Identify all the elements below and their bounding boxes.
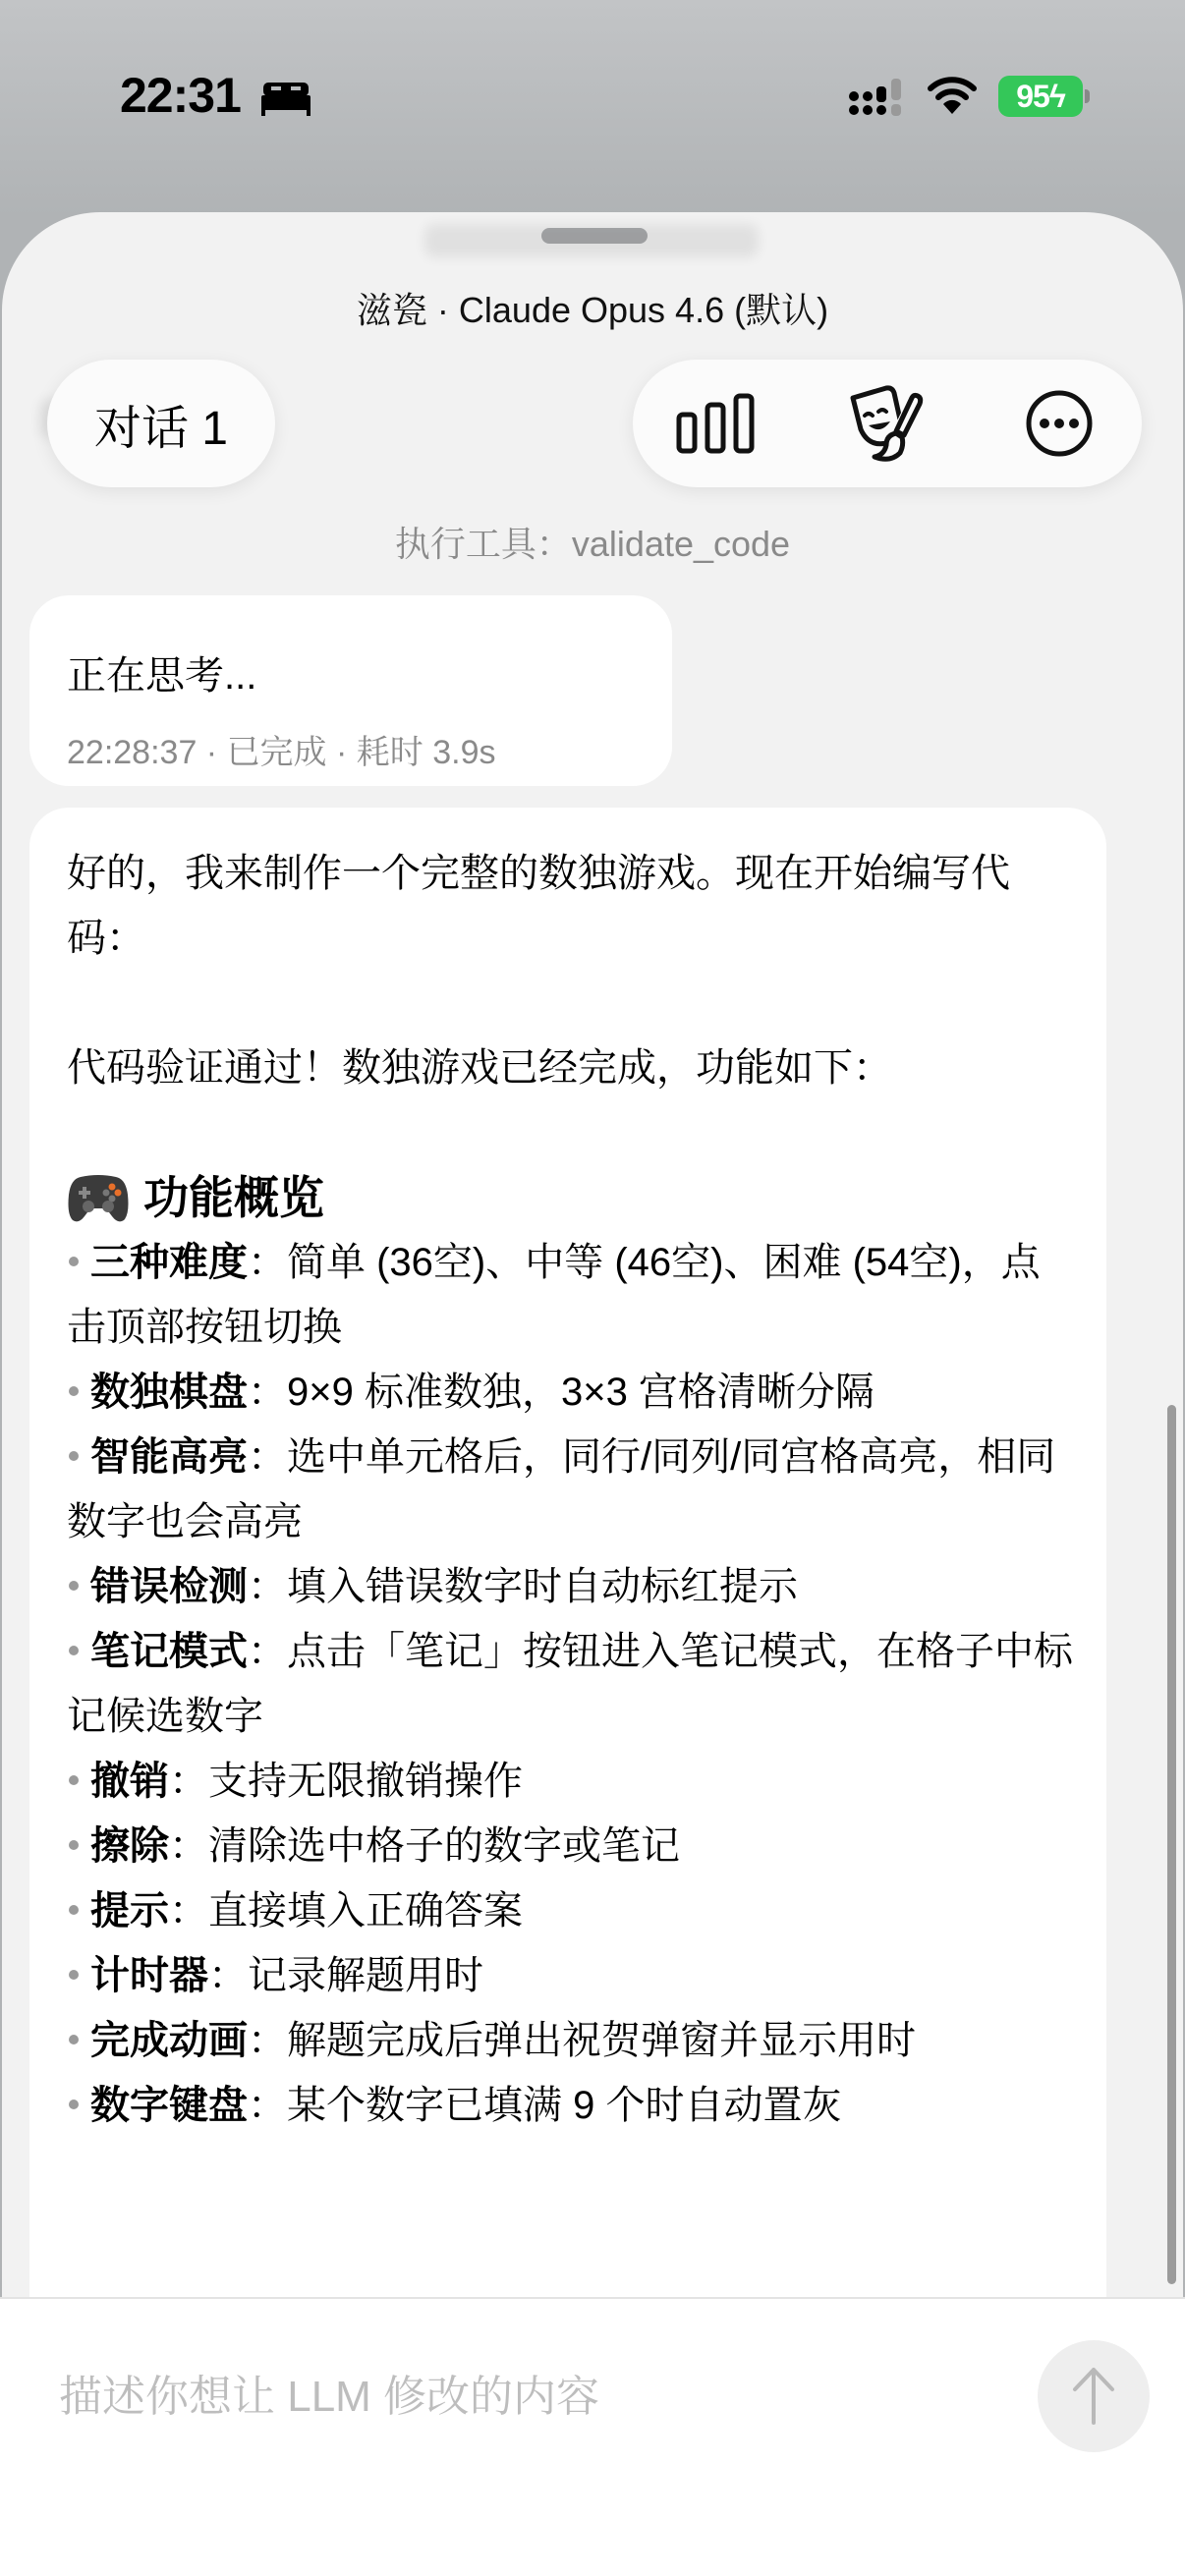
tool-execution-status: 执行工具：validate_code xyxy=(2,517,1183,567)
feature-item: 擦除：清除选中格子的数字或笔记 xyxy=(67,1814,1079,1878)
feature-desc: ：直接填入正确答案 xyxy=(169,1889,523,1932)
feature-desc: ：清除选中格子的数字或笔记 xyxy=(169,1824,680,1868)
stats-button[interactable] xyxy=(676,384,755,463)
model-title[interactable]: 滋瓷 · Claude Opus 4.6 (默认) xyxy=(2,283,1183,333)
feature-item: 错误检测：填入错误数字时自动标红提示 xyxy=(67,1554,1079,1619)
battery-indicator: 95ϟ xyxy=(998,76,1083,117)
feature-label: 错误检测 xyxy=(90,1565,248,1608)
feature-item: 三种难度：简单 (36空)、中等 (46空)、困难 (54空)，点击顶部按钮切换 xyxy=(67,1230,1079,1360)
feature-desc: ：支持无限撤销操作 xyxy=(169,1760,523,1803)
feature-desc: ：填入错误数字时自动标红提示 xyxy=(248,1565,798,1608)
message-meta: 22:28:37 · 已完成 · 耗时 3.9s xyxy=(67,725,496,773)
section-heading: 功能概览 xyxy=(67,1165,1079,1230)
thinking-message[interactable]: 正在思考... 22:28:37 · 已完成 · 耗时 3.9s xyxy=(29,595,672,786)
intro-paragraph: 好的，我来制作一个完整的数独游戏。现在开始编写代码： xyxy=(67,841,1010,971)
feature-label: 笔记模式 xyxy=(90,1630,248,1673)
feature-label: 计时器 xyxy=(90,1954,208,1997)
feature-label: 数字键盘 xyxy=(90,2084,248,2127)
status-time: 22:31 xyxy=(120,67,241,124)
battery-percent: 95 xyxy=(1016,79,1049,114)
composer xyxy=(0,2297,1185,2576)
feature-list: 三种难度：简单 (36空)、中等 (46空)、困难 (54空)，点击顶部按钮切换… xyxy=(67,1230,1079,2138)
charging-bolt-icon: ϟ xyxy=(1049,79,1065,114)
battery-cap xyxy=(1085,89,1090,103)
feature-desc: ：某个数字已填满 9 个时自动置灰 xyxy=(248,2084,841,2127)
message-input[interactable] xyxy=(59,2358,1002,2436)
assistant-message: 好的，我来制作一个完整的数独游戏。现在开始编写代码： 代码验证通过！数独游戏已经… xyxy=(29,808,1106,2436)
scrollbar[interactable] xyxy=(1167,1405,1176,2284)
status-bar: 22:31 95ϟ xyxy=(0,0,1185,196)
more-button[interactable] xyxy=(1020,384,1099,463)
section-title: 功能概览 xyxy=(143,1165,324,1230)
wifi-icon xyxy=(928,75,977,116)
toolbar xyxy=(633,360,1142,487)
feature-item: 完成动画：解题完成后弹出祝贺弹窗并显示用时 xyxy=(67,2008,1079,2073)
feature-label: 智能高亮 xyxy=(90,1435,248,1479)
feature-label: 数独棋盘 xyxy=(90,1371,248,1414)
feature-label: 擦除 xyxy=(90,1824,169,1868)
feature-item: 智能高亮：选中单元格后，同行/同列/同宫格高亮，相同数字也会高亮 xyxy=(67,1425,1079,1554)
more-ellipsis-icon xyxy=(1024,388,1095,459)
feature-label: 完成动画 xyxy=(90,2019,248,2062)
conversation-button[interactable]: 对话 1 xyxy=(47,360,275,487)
feature-item: 数字键盘：某个数字已填满 9 个时自动置灰 xyxy=(67,2073,1079,2138)
feature-label: 三种难度 xyxy=(90,1241,248,1284)
conversation-label: 对话 1 xyxy=(94,390,228,458)
bar-chart-icon xyxy=(676,393,755,454)
feature-item: 数独棋盘：9×9 标准数独，3×3 宫格清晰分隔 xyxy=(67,1360,1079,1425)
feature-label: 提示 xyxy=(90,1889,169,1932)
feature-label: 撤销 xyxy=(90,1760,169,1803)
thinking-text: 正在思考... xyxy=(67,644,256,700)
persona-style-button[interactable] xyxy=(847,384,926,463)
arrow-up-icon xyxy=(1069,2366,1118,2427)
send-button[interactable] xyxy=(1038,2340,1150,2452)
feature-desc: ：解题完成后弹出祝贺弹窗并显示用时 xyxy=(248,2019,916,2062)
cellular-signal-icon xyxy=(848,77,903,118)
feature-desc: ：9×9 标准数独，3×3 宫格清晰分隔 xyxy=(248,1371,875,1414)
theater-mask-brush-icon xyxy=(847,384,926,463)
chat-sheet: 滋瓷 · Claude Opus 4.6 (默认) 对话 1 xyxy=(2,212,1183,2576)
feature-item: 笔记模式：点击「笔记」按钮进入笔记模式，在格子中标记候选数字 xyxy=(67,1619,1079,1749)
blurred-background-content xyxy=(424,224,759,257)
feature-desc: ：记录解题用时 xyxy=(208,1954,483,1997)
feature-item: 撤销：支持无限撤销操作 xyxy=(67,1749,1079,1814)
result-paragraph: 代码验证通过！数独游戏已经完成，功能如下： xyxy=(67,1036,1079,1100)
message-body: 好的，我来制作一个完整的数独游戏。现在开始编写代码： 代码验证通过！数独游戏已经… xyxy=(67,841,1079,2138)
bed-icon xyxy=(259,81,312,116)
feature-item: 提示：直接填入正确答案 xyxy=(67,1878,1079,1943)
game-controller-icon xyxy=(67,1171,130,1224)
feature-item: 计时器：记录解题用时 xyxy=(67,1943,1079,2008)
